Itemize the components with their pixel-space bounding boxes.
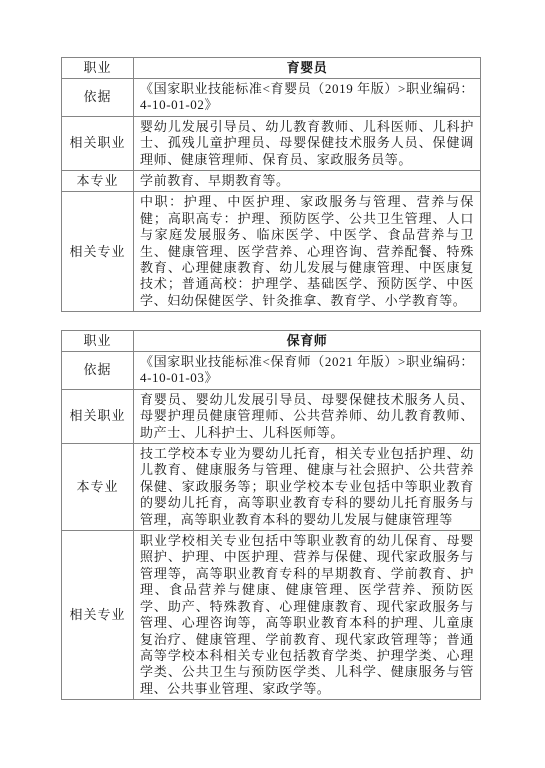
table-row: 本专业 技工学校本专业为婴幼儿托育，相关专业包括护理、幼儿教育、健康服务与管理、… xyxy=(62,444,481,531)
this-major-value: 学前教育、早期教育等。 xyxy=(134,171,481,192)
table-row: 依据 《国家职业技能标准<育婴员（2019 年版）>职业编码：4-10-01-0… xyxy=(62,79,481,117)
basis-value: 《国家职业技能标准<保育师（2021 年版）>职业编码：4-10-01-03》 xyxy=(134,352,481,390)
occupation-label: 职业 xyxy=(62,331,134,352)
table-row: 职业 育婴员 xyxy=(62,58,481,79)
table-row: 本专业 学前教育、早期教育等。 xyxy=(62,171,481,192)
occupation-label: 职业 xyxy=(62,58,134,79)
this-major-label: 本专业 xyxy=(62,171,134,192)
related-occupations-label: 相关职业 xyxy=(62,116,134,170)
related-occupations-value: 育婴员、婴幼儿发展引导员、母婴保健技术服务人员、母婴护理员健康管理师、公共营养师… xyxy=(134,389,481,443)
table-row: 相关职业 婴幼儿发展引导员、幼儿教育教师、儿科医师、儿科护士、孤残儿童护理员、母… xyxy=(62,116,481,170)
related-majors-label: 相关专业 xyxy=(62,192,134,312)
this-major-label: 本专业 xyxy=(62,444,134,531)
occupation-table-yuyingyuan: 职业 育婴员 依据 《国家职业技能标准<育婴员（2019 年版）>职业编码：4-… xyxy=(61,57,481,312)
occupation-title: 育婴员 xyxy=(134,58,481,79)
table-row: 相关专业 中职：护理、中医护理、家政服务与管理、营养与保健；高职高专：护理、预防… xyxy=(62,192,481,312)
related-majors-value: 职业学校相关专业包括中等职业教育的幼儿保育、母婴照护、护理、中医护理、营养与保健… xyxy=(134,531,481,700)
related-occupations-value: 婴幼儿发展引导员、幼儿教育教师、儿科医师、儿科护士、孤残儿童护理员、母婴保健技术… xyxy=(134,116,481,170)
basis-label: 依据 xyxy=(62,352,134,390)
occupation-table-baoyushi: 职业 保育师 依据 《国家职业技能标准<保育师（2021 年版）>职业编码：4-… xyxy=(61,330,481,700)
basis-value: 《国家职业技能标准<育婴员（2019 年版）>职业编码：4-10-01-02》 xyxy=(134,79,481,117)
table-row: 依据 《国家职业技能标准<保育师（2021 年版）>职业编码：4-10-01-0… xyxy=(62,352,481,390)
related-majors-label: 相关专业 xyxy=(62,531,134,700)
table-row: 职业 保育师 xyxy=(62,331,481,352)
related-majors-value: 中职：护理、中医护理、家政服务与管理、营养与保健；高职高专：护理、预防医学、公共… xyxy=(134,192,481,312)
related-occupations-label: 相关职业 xyxy=(62,389,134,443)
this-major-value: 技工学校本专业为婴幼儿托育，相关专业包括护理、幼儿教育、健康服务与管理、健康与社… xyxy=(134,444,481,531)
basis-label: 依据 xyxy=(62,79,134,117)
table-row: 相关职业 育婴员、婴幼儿发展引导员、母婴保健技术服务人员、母婴护理员健康管理师、… xyxy=(62,389,481,443)
table-row: 相关专业 职业学校相关专业包括中等职业教育的幼儿保育、母婴照护、护理、中医护理、… xyxy=(62,531,481,700)
occupation-title: 保育师 xyxy=(134,331,481,352)
document-page: 职业 育婴员 依据 《国家职业技能标准<育婴员（2019 年版）>职业编码：4-… xyxy=(0,0,545,768)
